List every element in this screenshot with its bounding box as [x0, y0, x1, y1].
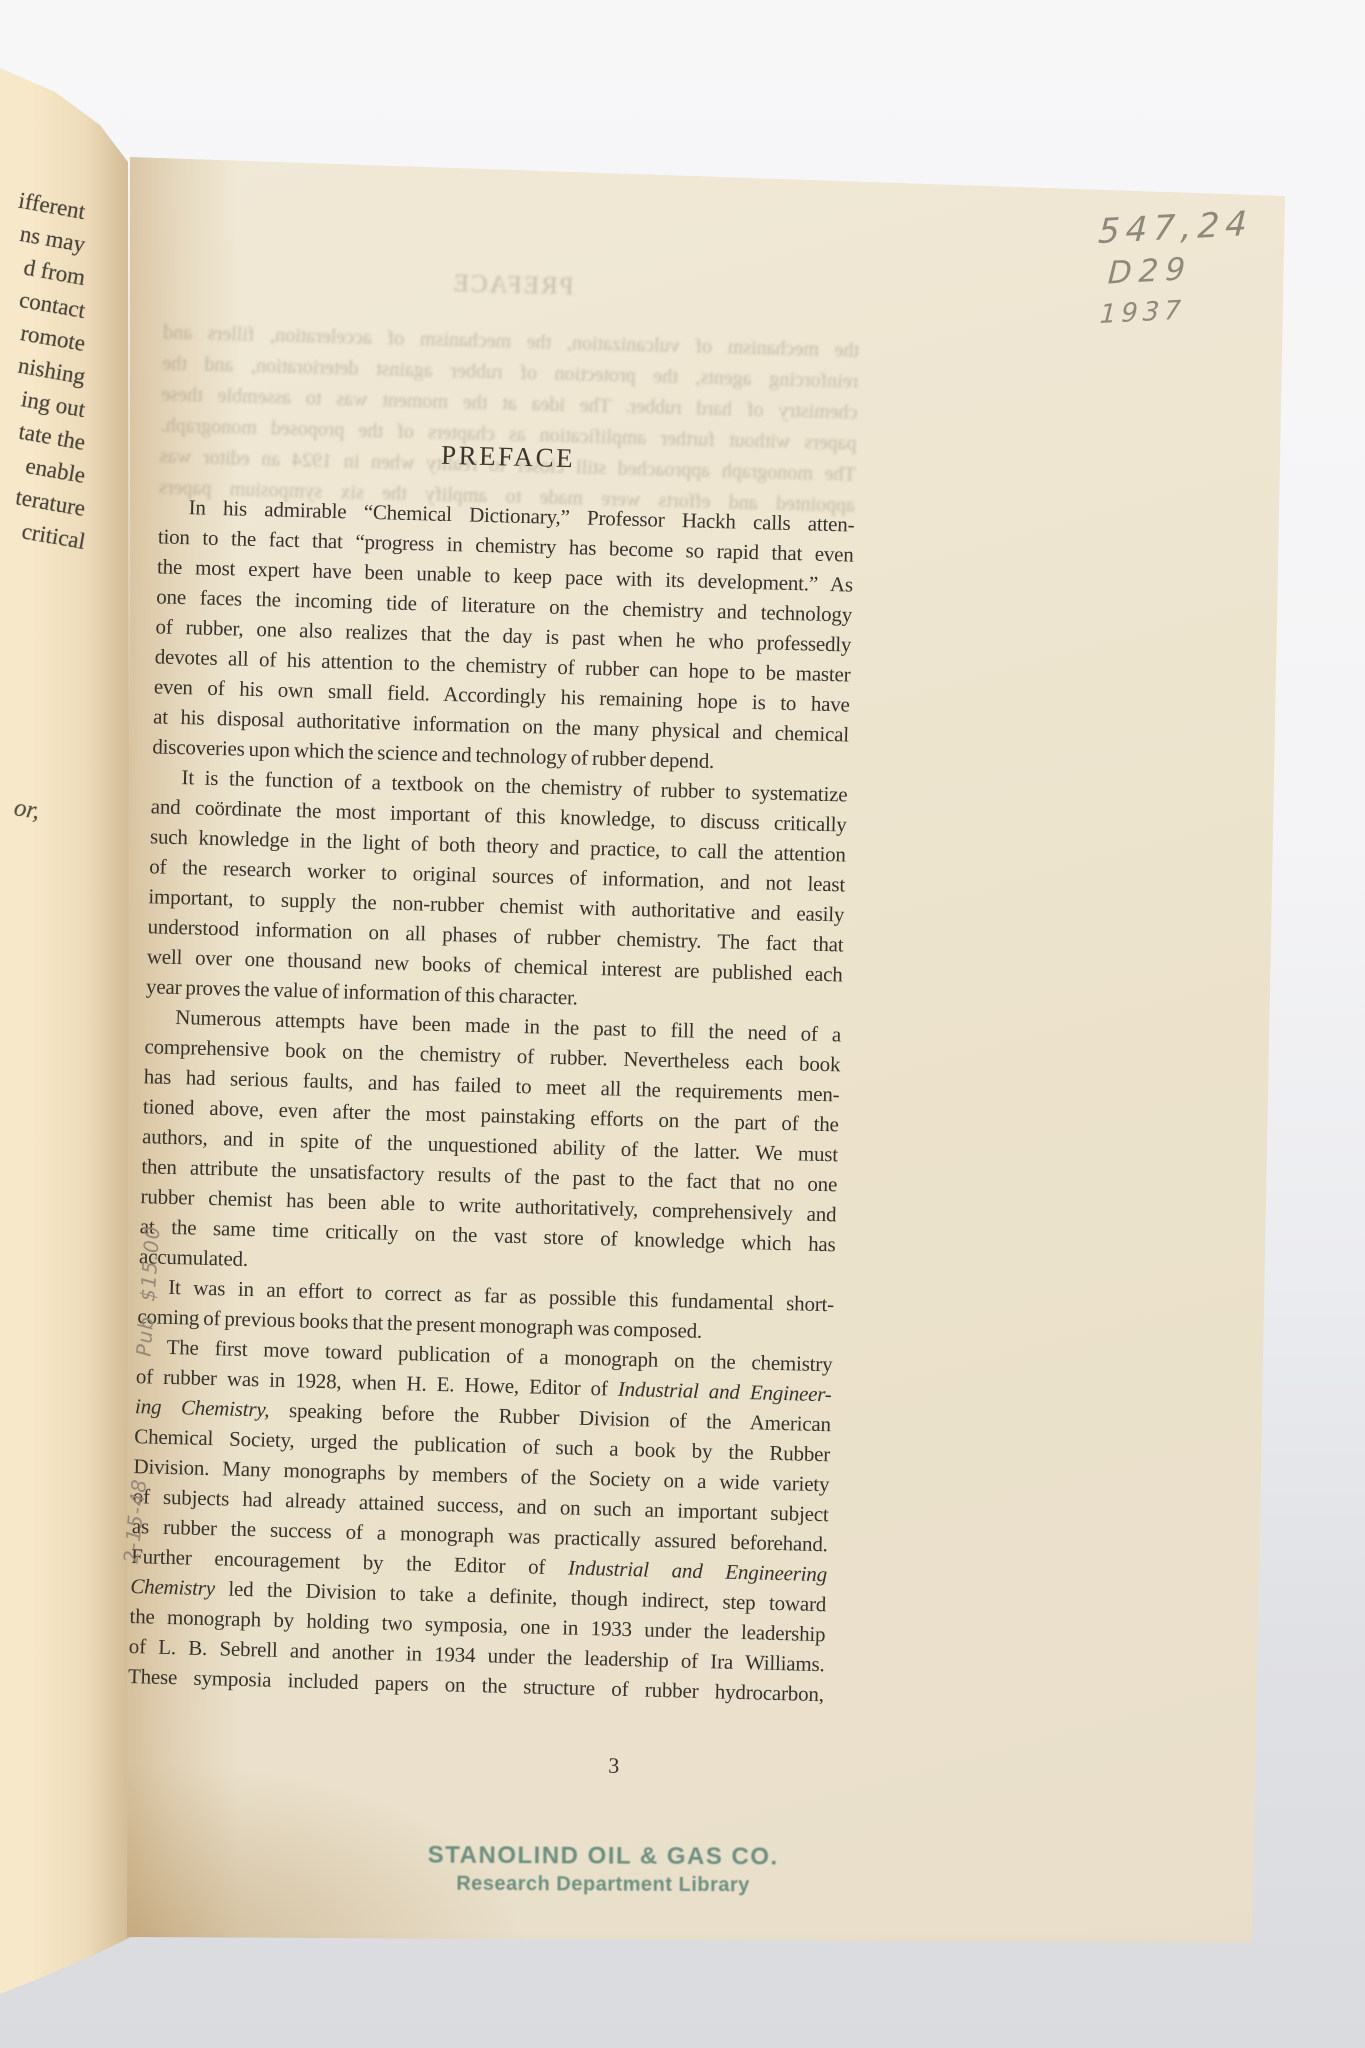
- book-photo: ifferentns mayd fromcontactromotenishing…: [0, 0, 1365, 2048]
- facing-page-italic-fragment: or,: [12, 794, 42, 826]
- library-stamp: STANOLIND OIL & GAS CO. Research Departm…: [253, 1841, 953, 1899]
- call-number: 547,24 D29 1937: [1093, 204, 1254, 331]
- preface-body: In his admirable “Chemical Dictionary,” …: [128, 491, 855, 1709]
- show-through-text: PREFACE the mechanism of vulcanization, …: [159, 260, 861, 521]
- show-through-title: PREFACE: [164, 260, 861, 309]
- show-through-lines: the mechanism of vulcanization, the mech…: [159, 317, 860, 521]
- call-number-class: 547,24: [1097, 204, 1254, 252]
- stamp-line-1: STANOLIND OIL & GAS CO.: [253, 1841, 953, 1873]
- page-number: 3: [266, 1744, 962, 1788]
- facing-page-text-fragments: ifferentns mayd fromcontactromotenishing…: [0, 192, 88, 555]
- stamp-line-2: Research Department Library: [253, 1872, 953, 1899]
- call-number-cutter: D29: [1107, 248, 1252, 292]
- page-content: PREFACE the mechanism of vulcanization, …: [100, 150, 1268, 2029]
